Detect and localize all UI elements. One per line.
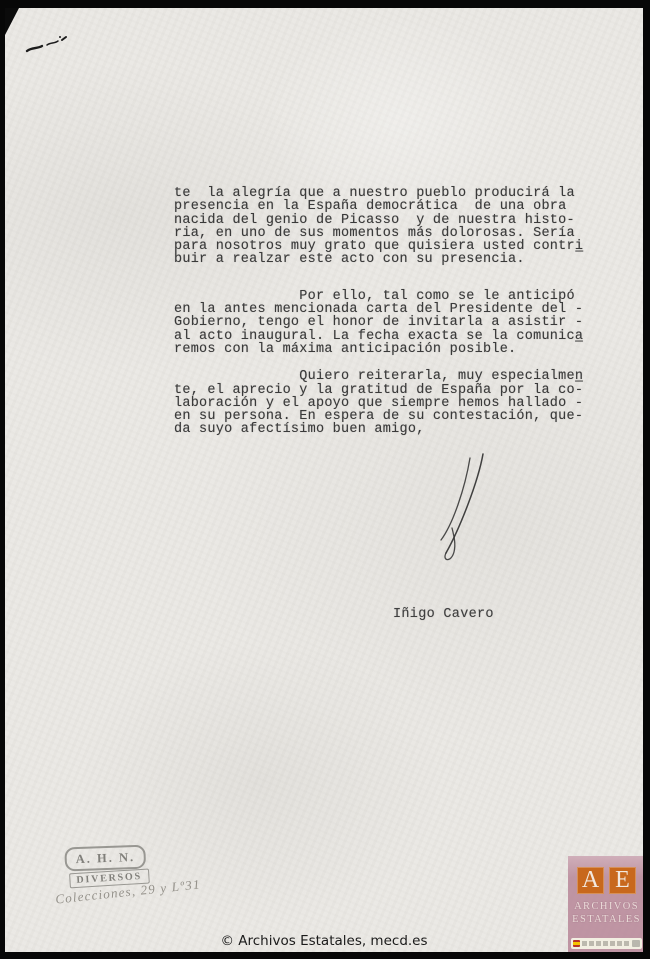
- text-line: en la antes mencionada carta del Preside…: [174, 303, 614, 316]
- text-line: Gobierno, tengo el honor de invitarla a …: [174, 316, 614, 329]
- watermark-org-line1: ARCHIVOS: [568, 901, 643, 912]
- scanned-letter-screenshot: { "letter": { "paragraphs": [ { "lines":…: [0, 0, 650, 959]
- text-line: ria, en uno de sus momentos más dolorosa…: [174, 227, 614, 240]
- text-line: laboración y el apoyo que siempre hemos …: [174, 397, 614, 410]
- page-corner-shadow: [5, 8, 19, 35]
- watermark-letter-a: A: [577, 867, 604, 894]
- paragraph-1: te la alegría que a nuestro pueblo produ…: [174, 187, 614, 267]
- text-line: te la alegría que a nuestro pueblo produ…: [174, 187, 614, 200]
- text-line: nacida del genio de Picasso y de nuestra…: [174, 214, 614, 227]
- text-line: presencia en la España democrática de un…: [174, 200, 614, 213]
- archive-stamp: A. H. N. DIVERSOS: [64, 845, 149, 888]
- letter-text: te la alegría que a nuestro pueblo produ…: [174, 187, 614, 437]
- text-line: buir a realzar este acto con su presenci…: [174, 253, 614, 266]
- text-line: en su persona. En espera de su contestac…: [174, 410, 614, 423]
- text-line: Quiero reiterarla, muy especialmen̲: [174, 370, 614, 383]
- text-line: remos con la máxima anticipación posible…: [174, 343, 614, 356]
- document-page: te la alegría que a nuestro pueblo produ…: [5, 8, 643, 952]
- text-line: da suyo afectísimo buen amigo,: [174, 423, 614, 436]
- watermark-letter-e: E: [609, 867, 636, 894]
- stamp-ahn-box: A. H. N.: [64, 845, 146, 872]
- text-line: al acto inaugural. La fecha exacta se la…: [174, 330, 614, 343]
- signer-name: Iñigo Cavero: [393, 607, 494, 622]
- handwritten-signature: [425, 448, 497, 566]
- paragraph-3: Quiero reiterarla, muy especialmen̲ te, …: [174, 370, 614, 436]
- ink-scribble-mark: [24, 34, 74, 58]
- text-line: te, el aprecio y la gratitud de España p…: [174, 384, 614, 397]
- text-line: para nosotros muy grato que quisiera ust…: [174, 240, 614, 253]
- copyright-caption: © Archivos Estatales, mecd.es: [5, 933, 643, 949]
- watermark-initials: A E: [568, 856, 643, 894]
- text-line: Por ello, tal como se le anticipó: [174, 290, 614, 303]
- paragraph-2: Por ello, tal como se le anticipó en la …: [174, 290, 614, 356]
- watermark-org-line2: ESTATALES: [568, 914, 643, 925]
